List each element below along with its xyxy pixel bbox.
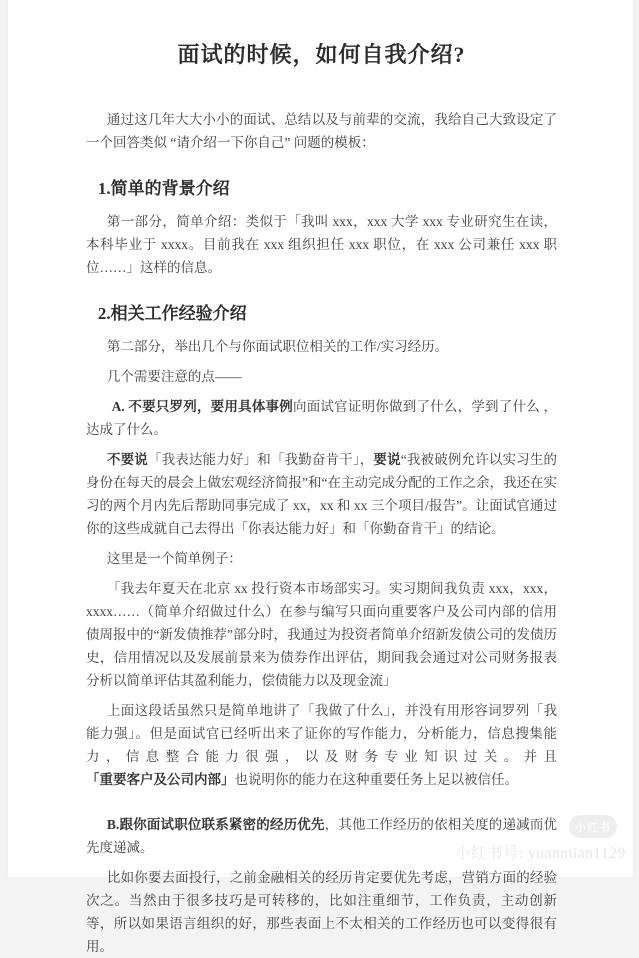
item-a-bold-text: 不要只罗列，要用具体事例 (128, 399, 293, 414)
xiaohongshu-logo-badge: 小红书 (569, 815, 617, 838)
item-b-bold-text: 跟你面试职位联系紧密的经历优先 (119, 817, 324, 832)
section-2-heading: 2.相关工作经验介绍 (86, 303, 557, 325)
intro-paragraph: 通过这几年大大小小的面试、总结以及与前辈的交流，我给自己大致设定了一个回答类似 … (86, 108, 557, 154)
bold-dont-say: 不要说 (107, 452, 148, 467)
paragraph-example-quote: 「我去年夏天在北京 xx 投行资本市场部实习。实习期间我负责 xxx，xxx，x… (86, 577, 557, 692)
watermark-account-id: 小红书号: yuanmian1129 (455, 841, 626, 863)
section-1-paragraph: 第一部分，简单介绍：类似于「我叫 xxx，xxx 大学 xxx 专业研究生在读，… (86, 210, 557, 279)
paragraph-analysis: 上面这段话虽然只是简单地讲了「我做了什么」，并没有用形容词罗列「我能力强」。但是… (86, 699, 557, 791)
text-quotes: 「我表达能力好」和「我勤奋肯干」， (148, 452, 374, 467)
bold-do-say: 要说 (373, 452, 400, 467)
analysis-text-2: 也说明你的能力在这种重要任务上足以被信任。 (235, 772, 519, 787)
item-b-marker: B. (107, 817, 119, 832)
article: 面试的时候，如何自我介绍? 通过这几年大大小小的面试、总结以及与前辈的交流，我给… (8, 0, 633, 877)
paragraph-final: 比如你要去面投行，之前金融相关的经历肯定要优先考虑，营销方面的经验次之。当然由于… (86, 866, 557, 877)
section-1-heading: 1.简单的背景介绍 (86, 178, 557, 200)
page-title: 面试的时候，如何自我介绍? (86, 0, 557, 70)
section-2-paragraph-1: 第二部分，举出几个与你面试职位相关的工作/实习经历。 (86, 335, 557, 358)
paragraph-example-intro: 这里是一个简单例子： (86, 547, 557, 570)
section-2-paragraph-2: 几个需要注意的点—— (86, 365, 557, 388)
list-item-a: A. 不要只罗列，要用具体事例向面试官证明你做到了什么，学到了什么 ，达成了什么… (86, 395, 557, 441)
analysis-text-1: 上面这段话虽然只是简单地讲了「我做了什么」，并没有用形容词罗列「我能力强」。但是… (86, 703, 557, 764)
item-a-marker: A. (112, 399, 129, 414)
analysis-bold: 「重要客户及公司内部」 (86, 772, 235, 787)
paragraph-dont-say: 不要说「我表达能力好」和「我勤奋肯干」，要说“我被破例允许以实习生的身份在每天的… (86, 448, 557, 540)
document-page: 面试的时候，如何自我介绍? 通过这几年大大小小的面试、总结以及与前辈的交流，我给… (8, 0, 633, 877)
